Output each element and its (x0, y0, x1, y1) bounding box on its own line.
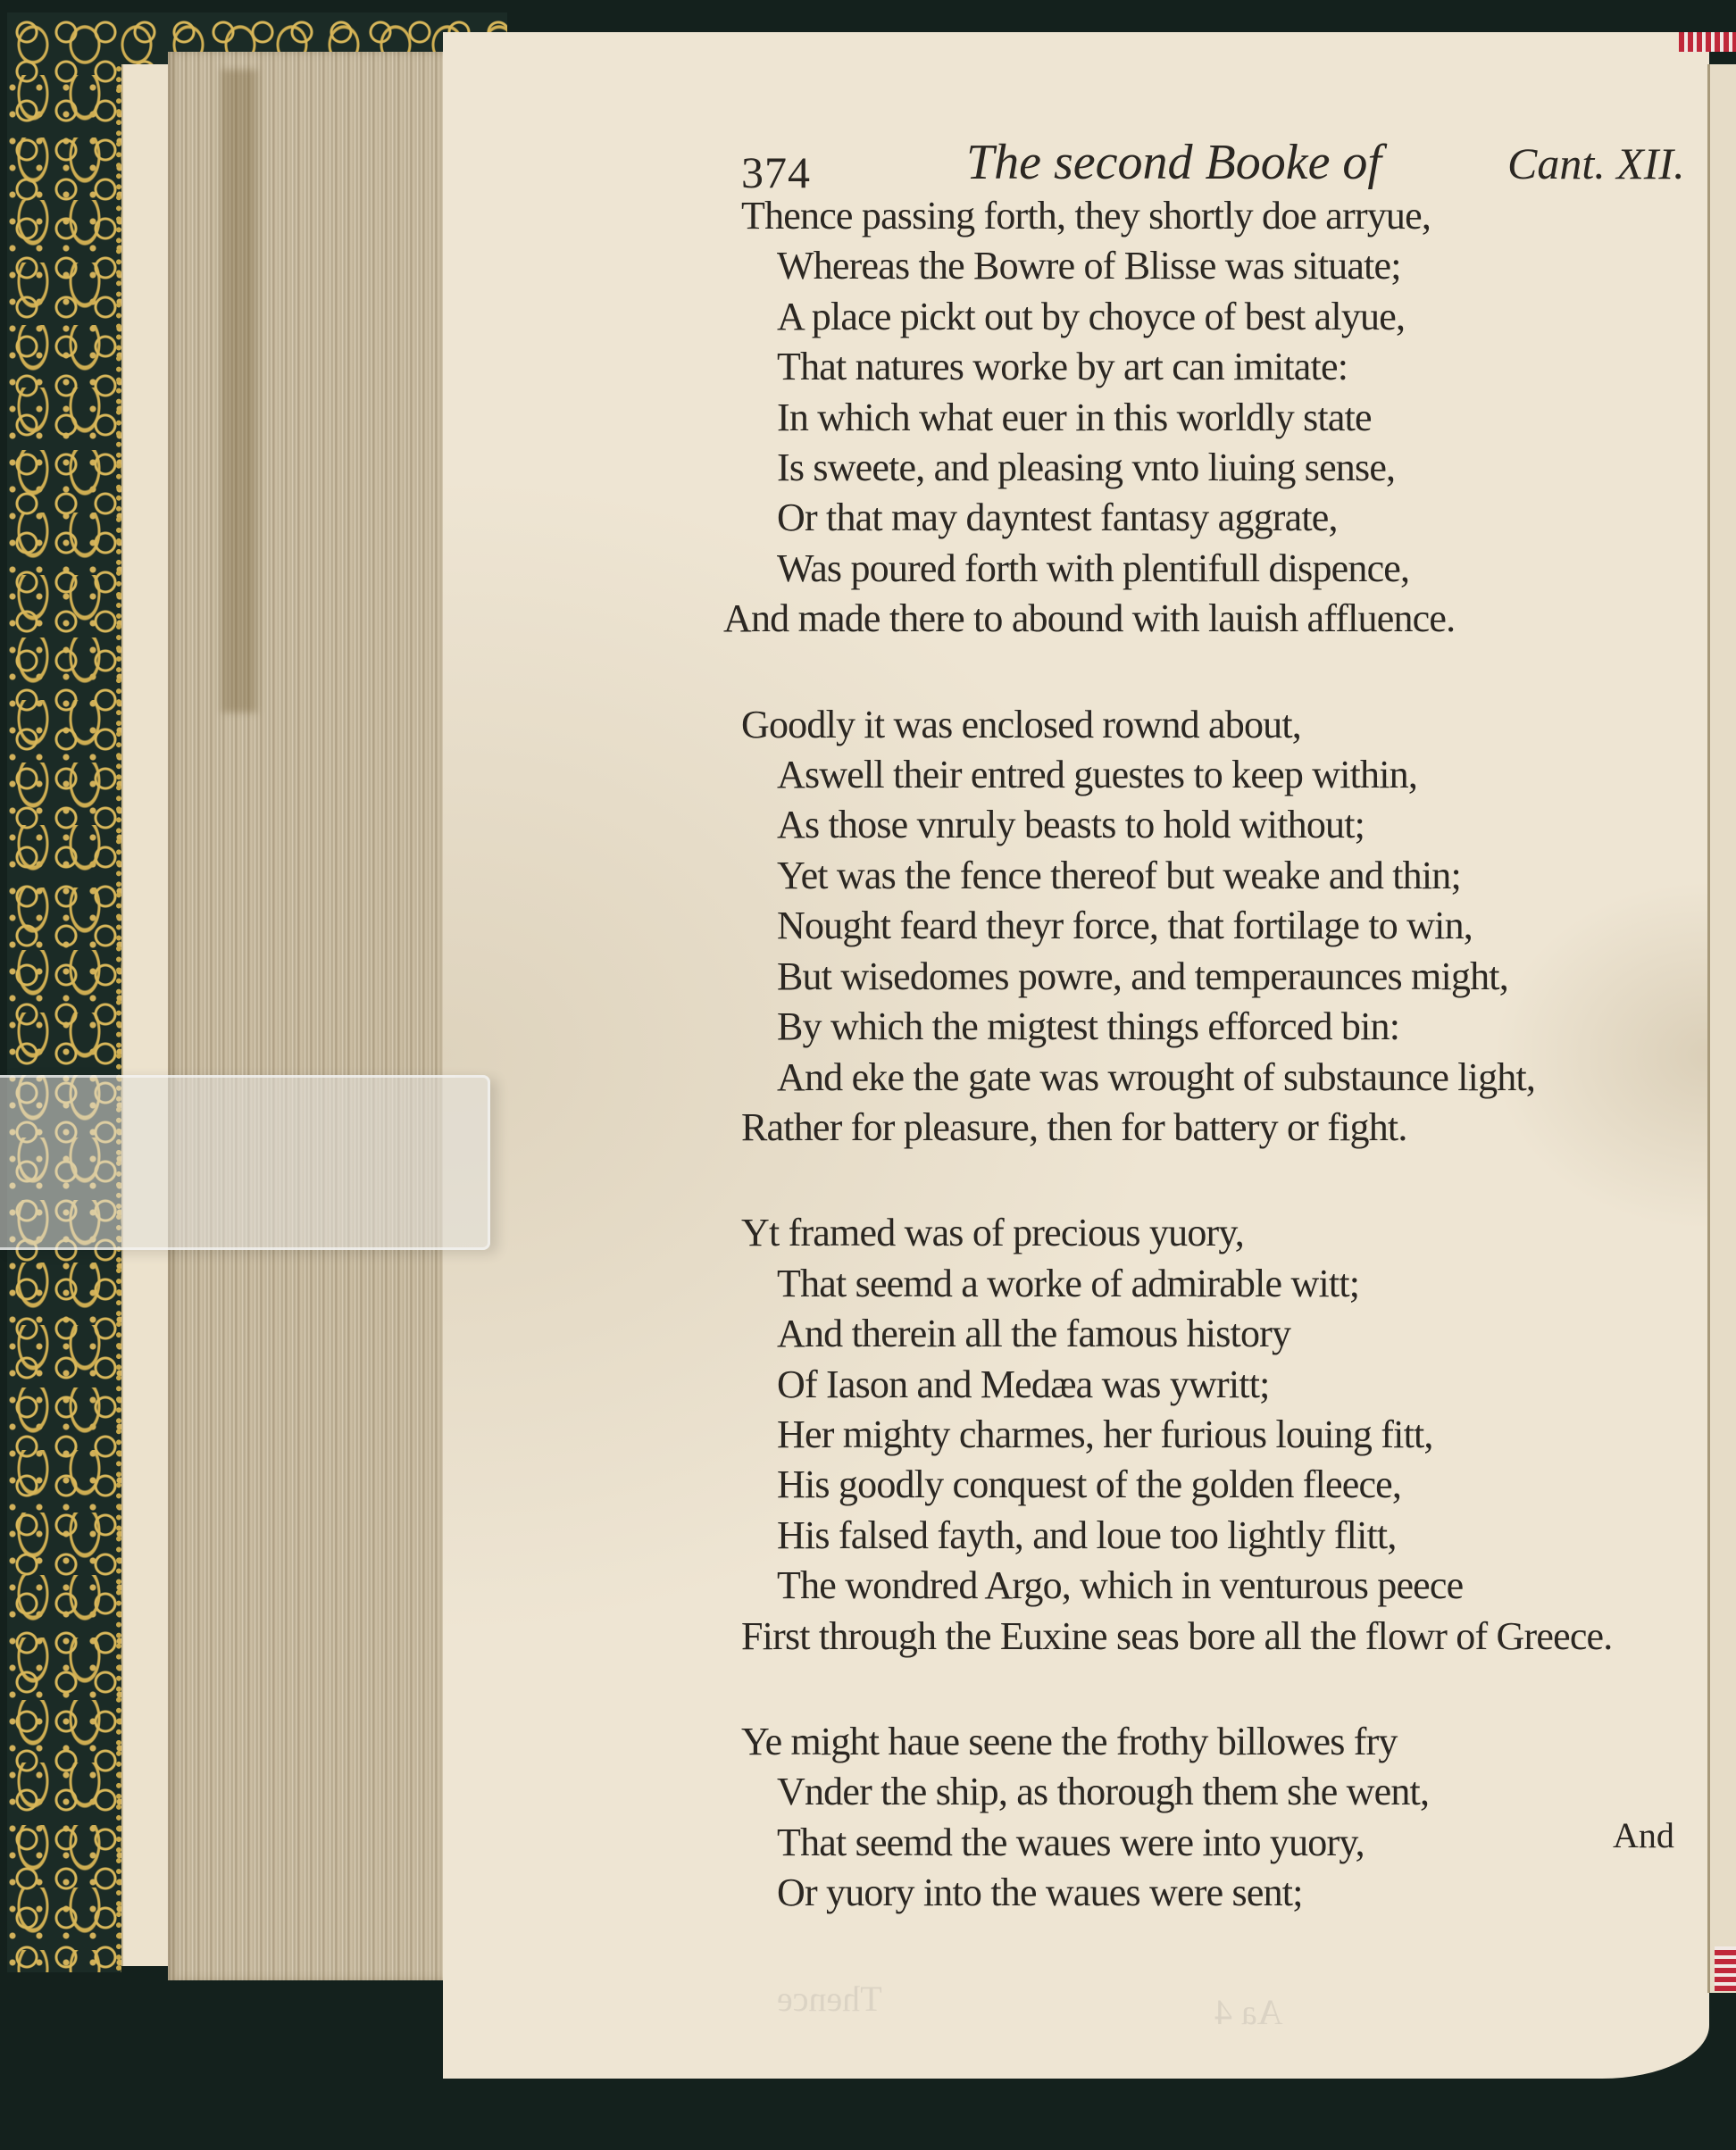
catchword: And (1613, 1814, 1674, 1856)
stanza: Goodly it was enclosed rownd about, Aswe… (741, 700, 1688, 1154)
verse-line: But wisedomes powre, and temperaunces mi… (741, 952, 1688, 1002)
verse-line: As those vnruly beasts to hold without; (741, 800, 1688, 850)
verse-line: By which the migtest things efforced bin… (741, 1002, 1688, 1052)
verse-line: The wondred Argo, which in venturous pee… (741, 1561, 1688, 1611)
verse-line: That seemd a worke of admirable witt; (741, 1259, 1688, 1309)
verse-line: Was poured forth with plentifull dispenc… (741, 544, 1688, 594)
stanza: Ye might haue seene the frothy billowes … (741, 1717, 1688, 1919)
verse-line: A place pickt out by choyce of best alyu… (741, 292, 1688, 342)
show-through-signature: Aa 4 (1214, 1991, 1283, 2033)
show-through-catchword: Thence (777, 1978, 882, 2020)
verse-line: And therein all the famous history (741, 1309, 1688, 1359)
verse-line: In which what euer in this worldly state (741, 393, 1688, 443)
verse-line: Yt framed was of precious yuory, (741, 1208, 1688, 1258)
verse-line: Thence passing forth, they shortly doe a… (741, 191, 1688, 241)
facing-page-edge (1707, 64, 1736, 1993)
gilt-cover-border (7, 12, 121, 1972)
verse-line: Or yuory into the waues were sent; (741, 1868, 1688, 1918)
verse-line: That natures worke by art can imitate: (741, 342, 1688, 392)
headband-top (1679, 32, 1736, 52)
verse-line: Aswell their entred guestes to keep with… (741, 750, 1688, 800)
water-stain (221, 70, 257, 712)
verse-line: His falsed fayth, and loue too lightly f… (741, 1511, 1688, 1561)
page-number: 374 (741, 146, 811, 198)
clear-plastic-page-holder (0, 1075, 490, 1250)
headband-bottom (1715, 1946, 1736, 1991)
running-head: 374 The second Booke of Cant. XII. (741, 134, 1688, 191)
endpaper (121, 64, 173, 1966)
verse-line: His goodly conquest of the golden fleece… (741, 1460, 1688, 1510)
verse-line: Or that may dayntest fantasy aggrate, (741, 493, 1688, 543)
stanza: Thence passing forth, they shortly doe a… (741, 191, 1688, 645)
verse-line-alexandrine: Rather for pleasure, then for battery or… (741, 1103, 1688, 1153)
verse-line: Yet was the fence thereof but weake and … (741, 851, 1688, 901)
verse-line: And eke the gate was wrought of substaun… (741, 1053, 1688, 1103)
verse-line: Her mighty charmes, her furious louing f… (741, 1410, 1688, 1460)
verse-line: Vnder the ship, as thorough them she wen… (741, 1767, 1688, 1817)
verse-line: Is sweete, and pleasing vnto liuing sens… (741, 443, 1688, 493)
verse-line: Goodly it was enclosed rownd about, (741, 700, 1688, 750)
canto-label: Cant. XII. (1507, 137, 1685, 189)
verse-line-alexandrine: First through the Euxine seas bore all t… (741, 1612, 1688, 1662)
text-block: 374 The second Booke of Cant. XII. Thenc… (741, 134, 1688, 1919)
verse-line: Ye might haue seene the frothy billowes … (741, 1717, 1688, 1767)
page-stack-fore-edge (168, 52, 445, 1980)
verse-line-alexandrine: And made there to abound with lauish aff… (723, 594, 1688, 644)
stanza: Yt framed was of precious yuory, That se… (741, 1208, 1688, 1662)
verse-line: Of Iason and Medæa was ywritt; (741, 1360, 1688, 1410)
verse-line: Whereas the Bowre of Blisse was situate; (741, 241, 1688, 291)
verse-line: Nought feard theyr force, that fortilage… (741, 901, 1688, 951)
verse-line: That seemd the waues were into yuory, (741, 1818, 1688, 1868)
running-title: The second Booke of (966, 134, 1381, 191)
